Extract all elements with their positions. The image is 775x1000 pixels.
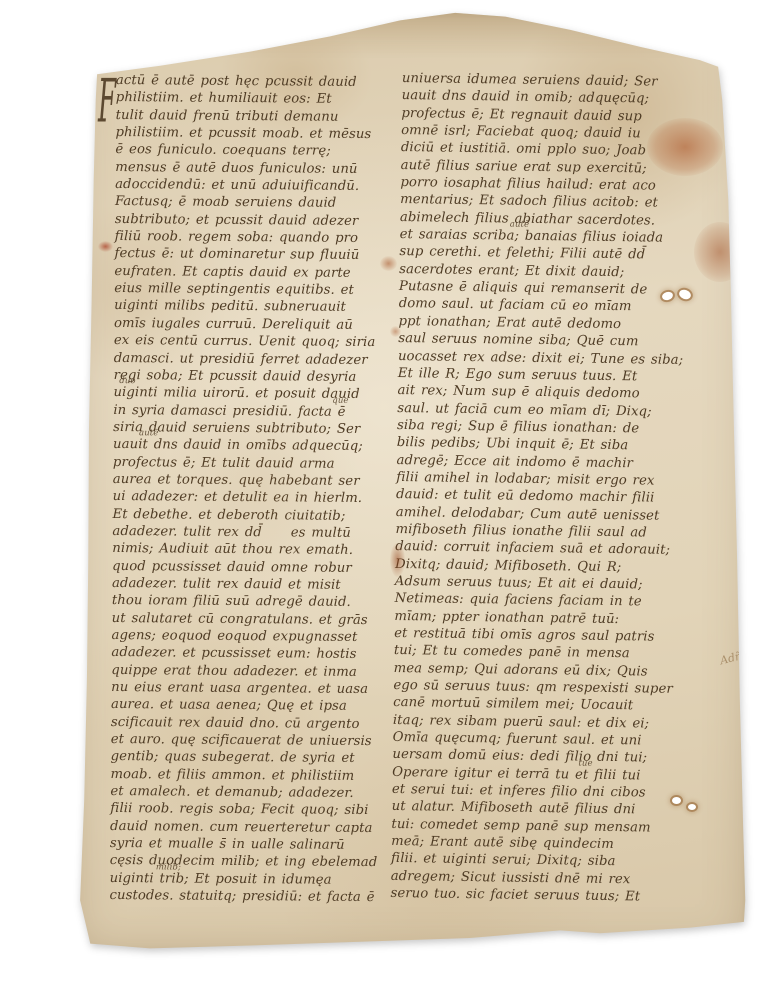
manuscript-line: dauid nomen. cum reuerteretur capta bbox=[110, 818, 398, 838]
manuscript-line: cęsis duodecim milib; et ing ebelemad bbox=[110, 852, 398, 872]
manuscript-line: omīs iugales curruū. Dereliquit aū bbox=[114, 315, 402, 335]
red-ink-spot bbox=[98, 241, 113, 252]
rust-stain bbox=[390, 326, 401, 337]
manuscript-leaf: F actū ē autē post hęc pcussit dauidphil… bbox=[72, 10, 750, 955]
manuscript-line: quippe erat thou adadezer. et inma bbox=[111, 662, 399, 682]
manuscript-leaf-wrapper: F actū ē autē post hęc pcussit dauidphil… bbox=[72, 10, 750, 955]
manuscript-line: regi soba; Et pcussit dauid desyria bbox=[114, 367, 402, 387]
manuscript-line: philistiim. et humiliauit eos: Et bbox=[116, 89, 404, 109]
manuscript-line: eufraten. Et captis dauid ex parte bbox=[114, 263, 402, 283]
parchment-smudge bbox=[162, 390, 362, 580]
manuscript-line: tulit dauid frenū tributi demanu bbox=[116, 107, 404, 127]
manuscript-photo: F actū ē autē post hęc pcussit dauidphil… bbox=[0, 0, 775, 1000]
rust-stain bbox=[390, 543, 405, 577]
manuscript-line: gentib; quas subegerat. de syria et bbox=[111, 748, 399, 768]
manuscript-line: uiginti milibs peditū. subneruauit bbox=[114, 297, 402, 317]
manuscript-line: nu eius erant uasa argentea. et uasa bbox=[111, 679, 399, 699]
interlinear-gloss: autē bbox=[139, 429, 158, 437]
manuscript-line: uiginti trib; Et posuit in idumęamilib; bbox=[110, 870, 398, 890]
manuscript-line: syria et mualle s̄ in ualle salinarū bbox=[110, 835, 398, 855]
manuscript-line: agens; eoquod eoquod expugnasset bbox=[112, 627, 400, 647]
rust-stain bbox=[380, 256, 397, 271]
interlinear-gloss: tue bbox=[578, 759, 592, 767]
manuscript-line: fectus ē: ut dominaretur sup fluuiū bbox=[115, 245, 403, 265]
text-column-right: uniuersa idumea seruiens dauid; Seruauit… bbox=[390, 70, 684, 906]
manuscript-line: adoccidendū: et unū aduiuificandū. bbox=[115, 176, 403, 196]
manuscript-line: adadezer. et pcussisset eum: hostis bbox=[111, 644, 399, 664]
interlinear-gloss: milib; bbox=[156, 863, 181, 871]
manuscript-line: mensus ē autē duos funiculos: unū bbox=[115, 159, 403, 179]
rust-stain bbox=[694, 222, 746, 282]
manuscript-line: Factusq; ē moab seruiens dauid bbox=[115, 193, 403, 213]
manuscript-line: eius mille septingentis equitibs. et bbox=[114, 280, 402, 300]
manuscript-line: filii roob. regis soba; Fecit quoq; sibi bbox=[110, 800, 398, 820]
manuscript-line: moab. et filiis ammon. et philistiim bbox=[110, 766, 398, 786]
manuscript-line: et amalech. et demanub; adadezer. bbox=[110, 783, 398, 803]
manuscript-line: ut salutaret cū congratulans. et grās bbox=[112, 610, 400, 630]
interlinear-gloss: que bbox=[332, 396, 348, 404]
manuscript-line: subtributo; et pcussit dauid adezer bbox=[115, 211, 403, 231]
manuscript-line: custodes. statuitq; presidiū: et facta ē bbox=[109, 887, 397, 907]
manuscript-line: actū ē autē post hęc pcussit dauid bbox=[116, 72, 404, 92]
rust-stain bbox=[647, 118, 723, 176]
manuscript-line: thou ioram filiū suū adregē dauid. bbox=[112, 592, 400, 612]
manuscript-line: et auro. quę scificauerat de uniuersis bbox=[111, 731, 399, 751]
wormhole bbox=[688, 804, 696, 810]
manuscript-line: aurea. et uasa aenea; Quę et ipsa bbox=[111, 696, 399, 716]
manuscript-line: philistiim. et pcussit moab. et mēsus bbox=[115, 124, 403, 144]
marginal-annotation: Adr̃ bbox=[719, 650, 742, 668]
wormhole bbox=[672, 797, 681, 804]
initial-letter: F bbox=[98, 72, 116, 132]
interlinear-gloss: duo bbox=[119, 377, 135, 385]
manuscript-line: filiū roob. regem soba: quando pro bbox=[115, 228, 403, 248]
interlinear-gloss: autē bbox=[510, 221, 530, 229]
manuscript-line: scificauit rex dauid dno. cū argento bbox=[111, 714, 399, 734]
manuscript-line: ex eis centū currus. Uenit quoq; siria bbox=[114, 332, 402, 352]
manuscript-line: damasci. ut presidiū ferret adadezer bbox=[114, 349, 402, 369]
manuscript-line: seruo tuo. sic faciet seruus tuus; Et bbox=[390, 885, 672, 906]
manuscript-line: ē eos funiculo. coequans terrę; bbox=[115, 141, 403, 161]
